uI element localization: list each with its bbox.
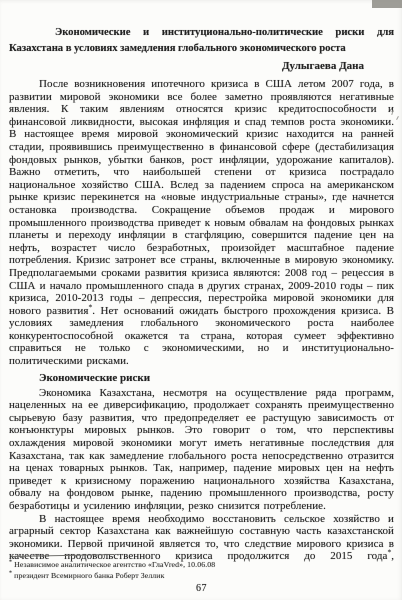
scanned-document-page: Экономические и институционально-политич… bbox=[0, 0, 402, 600]
footnote-separator-rule bbox=[11, 554, 114, 557]
section-heading-economic-risks: Экономические риски bbox=[9, 372, 394, 385]
article-title-line-1: Экономические и институционально-политич… bbox=[9, 24, 394, 40]
paragraph-economic-risks: Экономика Казахстана, несмотря на осущес… bbox=[9, 387, 394, 513]
footnote-1-marker: * bbox=[9, 559, 12, 565]
article-author: Дулыгаева Дана bbox=[9, 59, 394, 73]
pencil-mark-artifact bbox=[390, 110, 399, 121]
footnote-2-text: президент Всемирного банка Роберт Зеллик bbox=[14, 571, 164, 580]
scan-corner-artifact bbox=[372, 0, 402, 8]
article-title: Экономические и институционально-политич… bbox=[9, 24, 394, 56]
footnote-2: * президент Всемирного банка Роберт Зелл… bbox=[9, 571, 394, 582]
paragraph-intro-text-a: После возникновения ипотечного кризиса в… bbox=[9, 78, 394, 317]
page-number: 67 bbox=[9, 583, 394, 595]
footnote-2-marker: * bbox=[9, 570, 12, 576]
paragraph-intro: После возникновения ипотечного кризиса в… bbox=[9, 78, 394, 368]
article-title-line-2: Казахстана в условиях замедления глобаль… bbox=[9, 40, 394, 56]
footnote-1-text: Независимое аналитическое агентство «Гла… bbox=[14, 560, 215, 569]
footnote-1: * Независимое аналитическое агентство «Г… bbox=[9, 560, 394, 571]
page-footer: * Независимое аналитическое агентство «Г… bbox=[9, 555, 394, 595]
